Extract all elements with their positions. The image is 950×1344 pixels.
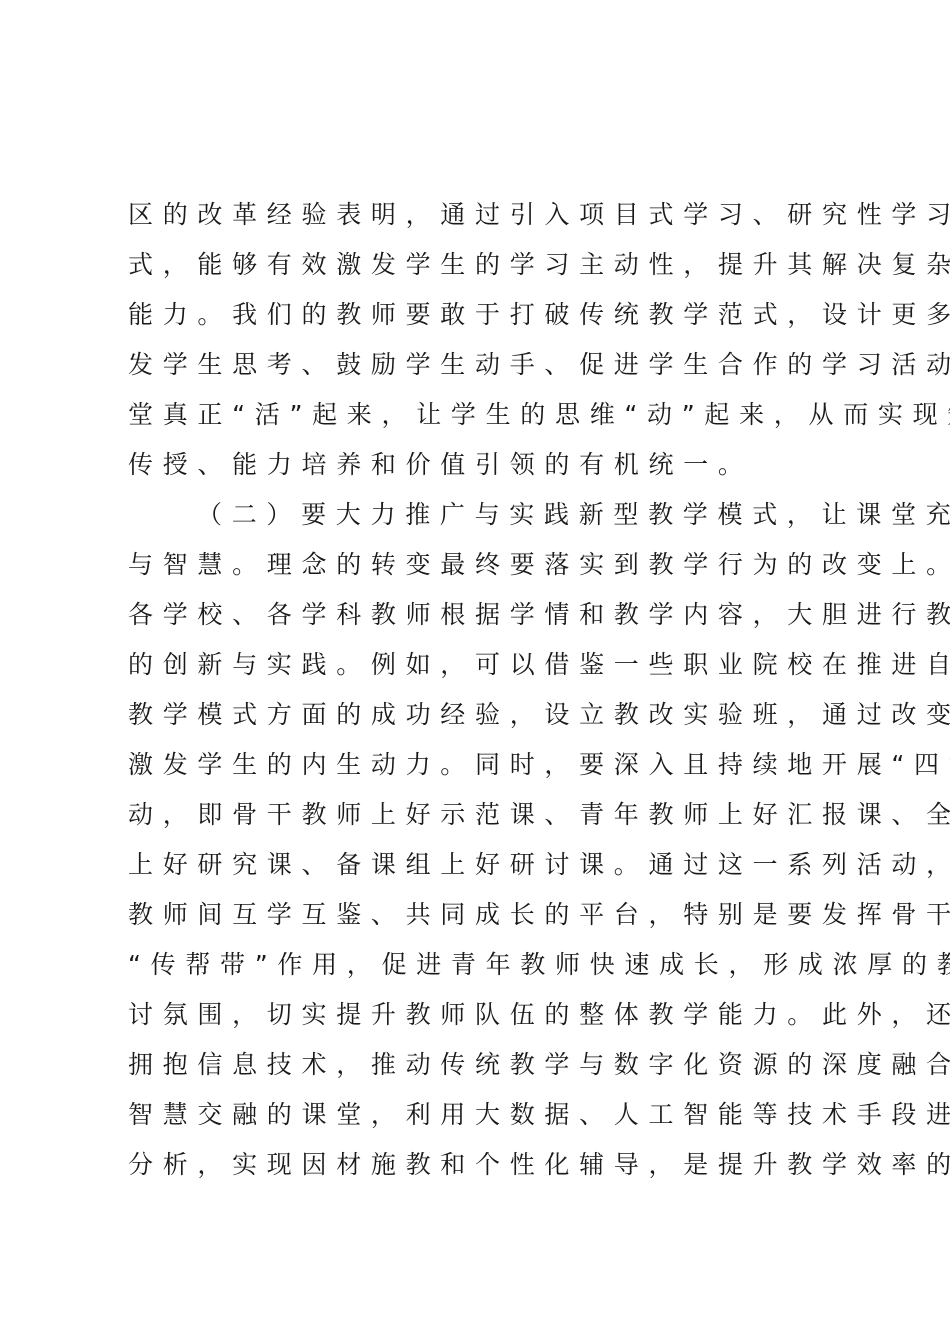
text-line: 与智慧。理念的转变最终要落实到教学行为的改变上。要鼓励 xyxy=(128,540,828,590)
document-page: 区的改革经验表明，通过引入项目式学习、研究性学习等模 式，能够有效激发学生的学习… xyxy=(128,190,828,1190)
text-line: 传授、能力培养和价值引领的有机统一。 xyxy=(128,440,828,490)
text-line: 分析，实现因材施教和个性化辅导，是提升教学效率的重要途 xyxy=(128,1140,828,1190)
text-line: 上好研究课、备课组上好研讨课。通过这一系列活动，搭建起 xyxy=(128,840,828,890)
section-heading-line: （二）要大力推广与实践新型教学模式，让课堂充满活力 xyxy=(128,490,828,540)
text-line: 式，能够有效激发学生的学习主动性，提升其解决复杂问题的 xyxy=(128,240,828,290)
text-line: 讨氛围，切实提升教师队伍的整体教学能力。此外，还要积极 xyxy=(128,990,828,1040)
text-line: 教师间互学互鉴、共同成长的平台，特别是要发挥骨干教师的 xyxy=(128,890,828,940)
text-line: 动，即骨干教师上好示范课、青年教师上好汇报课、全体教师 xyxy=(128,790,828,840)
text-line: “传帮带”作用，促进青年教师快速成长，形成浓厚的教学研 xyxy=(128,940,828,990)
text-line: 拥抱信息技术，推动传统教学与数字化资源的深度融合。构建 xyxy=(128,1040,828,1090)
text-line: 发学生思考、鼓励学生动手、促进学生合作的学习活动，让课 xyxy=(128,340,828,390)
text-line: 的创新与实践。例如，可以借鉴一些职业院校在推进自主学习 xyxy=(128,640,828,690)
text-line: 智慧交融的课堂，利用大数据、人工智能等技术手段进行教学 xyxy=(128,1090,828,1140)
text-line: 区的改革经验表明，通过引入项目式学习、研究性学习等模 xyxy=(128,190,828,240)
text-line: 各学校、各学科教师根据学情和教学内容，大胆进行教学模式 xyxy=(128,590,828,640)
text-line: 堂真正“活”起来，让学生的思维“动”起来，从而实现知识 xyxy=(128,390,828,440)
text-line: 激发学生的内生动力。同时，要深入且持续地开展“四课”活 xyxy=(128,740,828,790)
text-line: 能力。我们的教师要敢于打破传统教学范式，设计更多能够引 xyxy=(128,290,828,340)
text-line: 教学模式方面的成功经验，设立教改实验班，通过改变教法， xyxy=(128,690,828,740)
